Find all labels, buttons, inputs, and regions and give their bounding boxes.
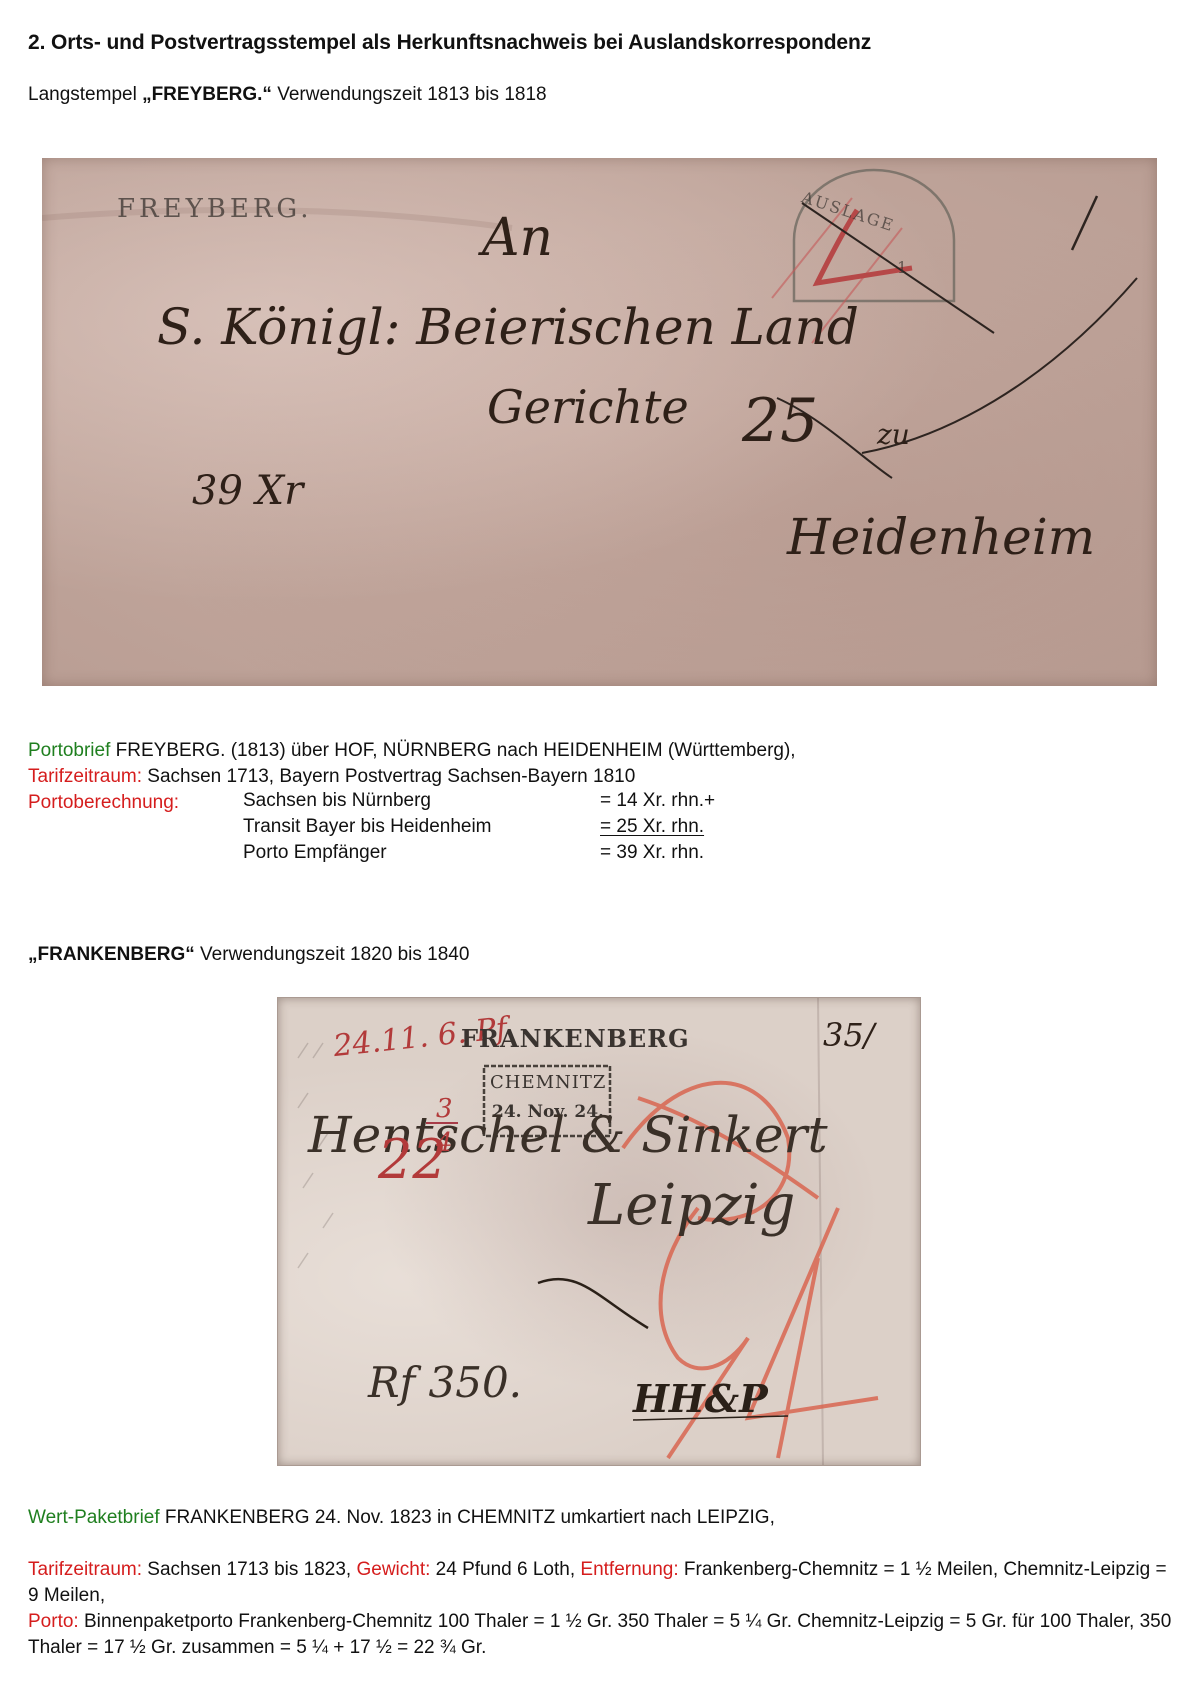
label-wert-paketbrief: Wert-Paketbrief (28, 1507, 160, 1528)
address-line-heidenheim: Heidenheim (787, 508, 1095, 566)
red-rate-denominator: 4 (436, 1128, 453, 1158)
top-right-rate: 35/ (823, 1016, 875, 1054)
total-rate-39: 39 Xr (192, 468, 303, 514)
section2-caption-details: Tarifzeitraum: Sachsen 1713 bis 1823, Ge… (28, 1557, 1178, 1661)
label-portobrief: Portobrief (28, 740, 110, 761)
destination-city: Leipzig (588, 1173, 795, 1238)
auslage-stamp-number: 1 (897, 258, 907, 277)
freyberg-straightline-stamp: FREYBERG. (117, 194, 313, 224)
calc-row-value: = 14 Xr. rhn.+ (600, 790, 715, 812)
section1-subtitle-prefix: Langstempel (28, 84, 142, 105)
address-line-an: An (482, 208, 553, 268)
label-tarifzeitraum: Tarifzeitraum: (28, 766, 142, 787)
address-line-koenigl: S. Königl: Beierischen Land (157, 298, 859, 356)
calc-row-desc: Sachsen bis Nürnberg (243, 790, 431, 812)
porto-value: Binnenpaketporto Frankenberg-Chemnitz 10… (28, 1611, 1171, 1658)
label-porto: Porto: (28, 1611, 79, 1632)
section2-usage-period: Verwendungszeit 1820 bis 1840 (195, 944, 470, 965)
section1-usage-period: Verwendungszeit 1813 bis 1818 (272, 84, 547, 105)
section2-subtitle: „FRANKENBERG“ Verwendungszeit 1820 bis 1… (28, 944, 469, 966)
calc-row-value-total: = 39 Xr. rhn. (600, 842, 704, 864)
calc-row-desc: Porto Empfänger (243, 842, 387, 864)
portobrief-description: FREYBERG. (1813) über HOF, NÜRNBERG nach… (110, 740, 795, 761)
label-gewicht: Gewicht: (356, 1559, 430, 1580)
frankenberg-stamp: FRANKENBERG (461, 1024, 690, 1053)
section1-subtitle: Langstempel „FREYBERG.“ Verwendungszeit … (28, 84, 547, 106)
tarifzeitraum-value: Sachsen 1713 bis 1823, (142, 1559, 356, 1580)
envelope-freyberg-image: FREYBERG. AUSLAGE 1 An S. Königl: Beieri… (42, 158, 1157, 686)
label-entfernung: Entfernung: (580, 1559, 678, 1580)
section2-stamp-name: „FRANKENBERG“ (28, 944, 195, 965)
sender-initials: HH&P (633, 1376, 768, 1421)
page-title: 2. Orts- und Postvertragsstempel als Her… (28, 31, 871, 55)
chemnitz-box-stamp-city: CHEMNITZ (490, 1072, 606, 1093)
section1-caption-line1: Portobrief FREYBERG. (1813) über HOF, NÜ… (28, 738, 796, 764)
declared-value: Rf 350. (368, 1358, 522, 1407)
label-tarifzeitraum: Tarifzeitraum: (28, 1559, 142, 1580)
address-line-gerichte: Gerichte (487, 380, 689, 434)
address-line-zu: zu (877, 418, 910, 451)
envelope-frankenberg-image: 24.11. 6. Pf FRANKENBERG CHEMNITZ 24. No… (278, 998, 920, 1465)
label-portoberechnung: Portoberechnung: (28, 790, 179, 816)
gewicht-value: 24 Pfund 6 Loth, (430, 1559, 580, 1580)
tarifzeitraum-value: Sachsen 1713, Bayern Postvertrag Sachsen… (142, 766, 635, 787)
calc-row-desc: Transit Bayer bis Heidenheim (243, 816, 492, 838)
calc-row-value-subtotal: = 25 Xr. rhn. (600, 816, 704, 838)
transit-rate-25: 25 (742, 386, 818, 456)
section2-caption-line1: Wert-Paketbrief FRANKENBERG 24. Nov. 182… (28, 1505, 775, 1531)
section1-stamp-name: „FREYBERG.“ (142, 84, 272, 105)
section1-caption-line2: Tarifzeitraum: Sachsen 1713, Bayern Post… (28, 764, 635, 790)
red-rate-numerator: 3 (436, 1094, 453, 1124)
wert-paketbrief-description: FRANKENBERG 24. Nov. 1823 in CHEMNITZ um… (160, 1507, 775, 1528)
